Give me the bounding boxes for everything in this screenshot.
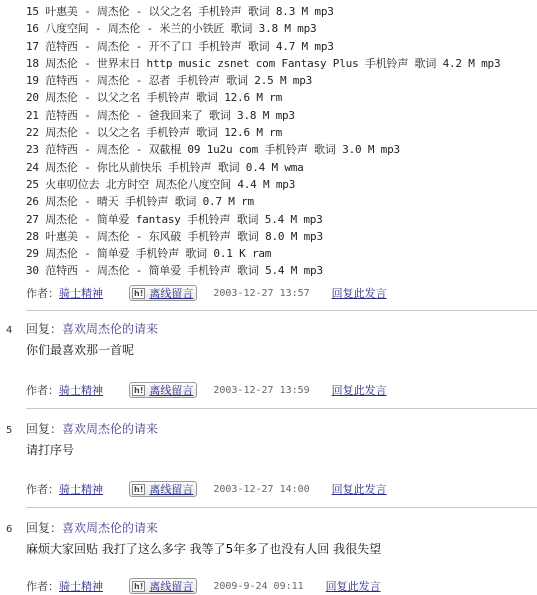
author-label: 作者： xyxy=(26,481,59,497)
author-label: 作者： xyxy=(26,382,59,398)
offline-message-button[interactable]: h! 离线留言 xyxy=(129,578,197,594)
song-list-item: 21 范特西 - 周杰伦 - 爸我回来了 歌词 3.8 M mp3 xyxy=(26,107,500,124)
song-list-item: 16 八度空间 - 周杰伦 - 米兰的小铁匠 歌词 3.8 M mp3 xyxy=(26,20,500,37)
post-divider xyxy=(26,408,537,409)
author-link[interactable]: 骑士精神 xyxy=(59,285,103,301)
reply-link[interactable]: 回复此发言 xyxy=(332,382,387,398)
messenger-icon: h! xyxy=(132,581,145,592)
offline-message-button[interactable]: h! 离线留言 xyxy=(129,382,197,398)
song-list-item: 30 范特西 - 周杰伦 - 简单爱 手机铃声 歌词 5.4 M mp3 xyxy=(26,262,500,279)
reply-link[interactable]: 回复此发言 xyxy=(332,285,387,301)
post-time: 2003-12-27 14:00 xyxy=(213,484,309,495)
author-label: 作者： xyxy=(26,578,59,594)
reply-prefix: 回复： xyxy=(26,322,62,336)
post-meta: 作者： 骑士精神 h! 离线留言 2003-12-27 13:57 回复此发言 xyxy=(26,285,387,301)
reply-link[interactable]: 回复此发言 xyxy=(332,481,387,497)
post-body: 请打序号 xyxy=(26,441,74,458)
post-number: 4 xyxy=(0,325,26,336)
song-list-item: 23 范特西 - 周杰伦 - 双截棍 09 1u2u com 手机铃声 歌词 3… xyxy=(26,141,500,158)
post-divider xyxy=(26,507,537,508)
song-list-item: 25 火車叨位去 北方时空 周杰伦八度空间 4.4 M mp3 xyxy=(26,176,500,193)
song-list-item: 20 周杰伦 - 以父之名 手机铃声 歌词 12.6 M rm xyxy=(26,89,500,106)
song-list-item: 27 周杰伦 - 简单爱 fantasy 手机铃声 歌词 5.4 M mp3 xyxy=(26,211,500,228)
song-list-item: 28 叶惠美 - 周杰伦 - 东风破 手机铃声 歌词 8.0 M mp3 xyxy=(26,228,500,245)
song-list: 15 叶惠美 - 周杰伦 - 以父之名 手机铃声 歌词 8.3 M mp3 16… xyxy=(26,3,500,280)
post-subject-link[interactable]: 喜欢周杰伦的请来 xyxy=(62,322,158,336)
messenger-icon: h! xyxy=(132,484,145,495)
song-list-item: 18 周杰伦 - 世界末日 http music zsnet com Fanta… xyxy=(26,55,500,72)
song-list-item: 17 范特西 - 周杰伦 - 开不了口 手机铃声 歌词 4.7 M mp3 xyxy=(26,38,500,55)
post-subject-link[interactable]: 喜欢周杰伦的请来 xyxy=(62,521,158,535)
song-list-item: 19 范特西 - 周杰伦 - 忍者 手机铃声 歌词 2.5 M mp3 xyxy=(26,72,500,89)
song-list-item: 15 叶惠美 - 周杰伦 - 以父之名 手机铃声 歌词 8.3 M mp3 xyxy=(26,3,500,20)
post-meta: 作者： 骑士精神 h! 离线留言 2003-12-27 13:59 回复此发言 xyxy=(26,382,387,398)
song-list-item: 24 周杰伦 - 你比从前快乐 手机铃声 歌词 0.4 M wma xyxy=(26,159,500,176)
messenger-icon: h! xyxy=(132,288,145,299)
post-body: 你们最喜欢那一首呢 xyxy=(26,341,134,358)
offline-message-button[interactable]: h! 离线留言 xyxy=(129,481,197,497)
post-time: 2003-12-27 13:59 xyxy=(213,385,309,396)
reply-link[interactable]: 回复此发言 xyxy=(326,578,381,594)
post-header: 4回复：喜欢周杰伦的请来 xyxy=(0,320,158,337)
offline-message-button[interactable]: h! 离线留言 xyxy=(129,285,197,301)
post-number: 5 xyxy=(0,425,26,436)
author-link[interactable]: 骑士精神 xyxy=(59,578,103,594)
post-subject-link[interactable]: 喜欢周杰伦的请来 xyxy=(62,422,158,436)
reply-prefix: 回复： xyxy=(26,422,62,436)
messenger-icon: h! xyxy=(132,385,145,396)
song-list-item: 22 周杰伦 - 以父之名 手机铃声 歌词 12.6 M rm xyxy=(26,124,500,141)
offline-message-label: 离线留言 xyxy=(149,382,193,398)
post-body: 麻烦大家回贴 我打了这么多字 我等了5年多了也没有人回 我很失望 xyxy=(26,540,381,557)
song-list-item: 26 周杰伦 - 晴天 手机铃声 歌词 0.7 M rm xyxy=(26,193,500,210)
offline-message-label: 离线留言 xyxy=(149,285,193,301)
post-divider xyxy=(26,310,537,311)
author-link[interactable]: 骑士精神 xyxy=(59,382,103,398)
post-header: 6回复：喜欢周杰伦的请来 xyxy=(0,519,158,536)
author-label: 作者： xyxy=(26,285,59,301)
reply-prefix: 回复： xyxy=(26,521,62,535)
offline-message-label: 离线留言 xyxy=(149,481,193,497)
author-link[interactable]: 骑士精神 xyxy=(59,481,103,497)
offline-message-label: 离线留言 xyxy=(149,578,193,594)
post-header: 5回复：喜欢周杰伦的请来 xyxy=(0,420,158,437)
post-time: 2009-9-24 09:11 xyxy=(213,581,303,592)
song-list-item: 29 周杰伦 - 简单爱 手机铃声 歌词 0.1 K ram xyxy=(26,245,500,262)
post-meta: 作者： 骑士精神 h! 离线留言 2003-12-27 14:00 回复此发言 xyxy=(26,481,387,497)
post-time: 2003-12-27 13:57 xyxy=(213,288,309,299)
post-meta: 作者： 骑士精神 h! 离线留言 2009-9-24 09:11 回复此发言 xyxy=(26,578,381,594)
post-number: 6 xyxy=(0,524,26,535)
